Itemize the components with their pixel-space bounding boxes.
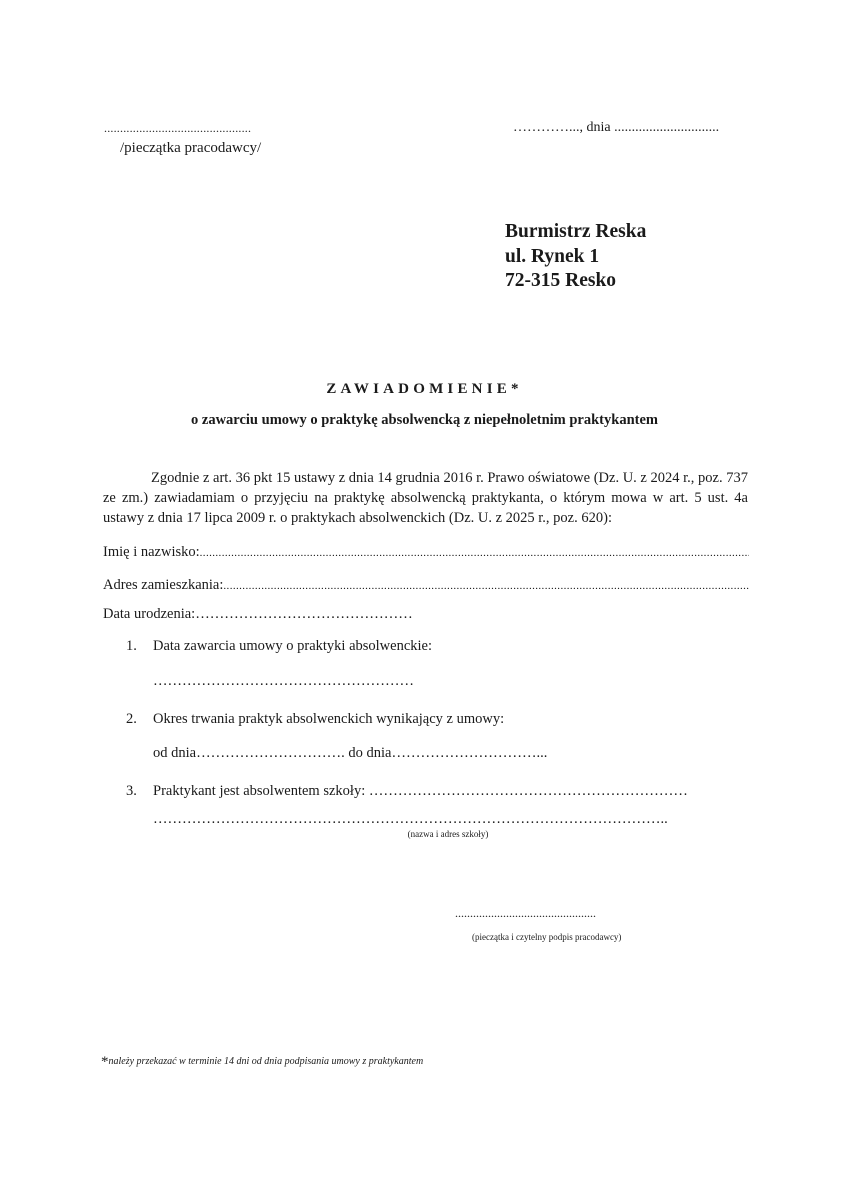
addressee-street: ul. Rynek 1 [505, 245, 646, 270]
from-date-label: od dnia [153, 745, 196, 761]
footnote-asterisk: * [101, 1054, 109, 1070]
school-field-line-1[interactable]: ………………………………………………………… [369, 783, 688, 799]
period-fields: od dnia…………………………. do dnia…………………………... [153, 745, 547, 762]
addressee-name: Burmistrz Reska [505, 220, 646, 245]
addressee-block: Burmistrz Reska ul. Rynek 1 72-315 Resko [505, 220, 646, 294]
name-input-dots[interactable]: ........................................… [200, 547, 749, 559]
address-label: Adres zamieszkania: [103, 577, 223, 594]
employer-stamp-field[interactable]: ........................................… [104, 121, 251, 136]
name-field[interactable]: Imię i nazwisko: .......................… [103, 544, 749, 561]
school-caption: (nazwa i adres szkoły) [0, 829, 849, 839]
signature-caption: (pieczątka i czytelny podpis pracodawcy) [472, 932, 621, 942]
from-date-field[interactable]: …………………………. [196, 745, 348, 761]
name-label: Imię i nazwisko: [103, 544, 200, 561]
contract-date-field[interactable]: ……………………………………………… [153, 673, 414, 690]
item-3-field[interactable]: Praktykant jest absolwentem szkoły: …………… [153, 783, 688, 800]
place-date-field[interactable]: …………..., dnia ..........................… [513, 120, 719, 136]
addressee-city: 72-315 Resko [505, 269, 646, 294]
item-3-label: Praktykant jest absolwentem szkoły: [153, 783, 369, 799]
employer-stamp-label: /pieczątka pracodawcy/ [120, 140, 261, 157]
item-1-label: Data zawarcia umowy o praktyki absolwenc… [153, 638, 432, 655]
school-field-line-2[interactable]: …………………………………………………………………………………………….. [153, 811, 668, 828]
signature-field[interactable]: ........................................… [455, 906, 596, 921]
intro-paragraph: Zgodnie z art. 36 pkt 15 ustawy z dnia 1… [103, 468, 748, 528]
footnote: *należy przekazać w terminie 14 dni od d… [101, 1054, 423, 1071]
birth-date-field[interactable]: Data urodzenia:……………………………………… [103, 606, 413, 623]
to-date-label: do dnia [348, 745, 391, 761]
birth-date-dots[interactable]: ……………………………………… [195, 606, 413, 622]
address-input-dots[interactable]: ........................................… [223, 580, 749, 592]
item-2-number: 2. [126, 711, 137, 728]
document-title: ZAWIADOMIENIE* [0, 381, 849, 398]
to-date-field[interactable]: …………………………... [391, 745, 547, 761]
item-1-number: 1. [126, 638, 137, 655]
document-subtitle: o zawarciu umowy o praktykę absolwencką … [0, 412, 849, 429]
item-3-number: 3. [126, 783, 137, 800]
birth-date-label: Data urodzenia: [103, 606, 195, 622]
footnote-text: należy przekazać w terminie 14 dni od dn… [109, 1056, 424, 1067]
item-2-label: Okres trwania praktyk absolwenckich wyni… [153, 711, 504, 728]
address-field[interactable]: Adres zamieszkania: ....................… [103, 577, 749, 594]
